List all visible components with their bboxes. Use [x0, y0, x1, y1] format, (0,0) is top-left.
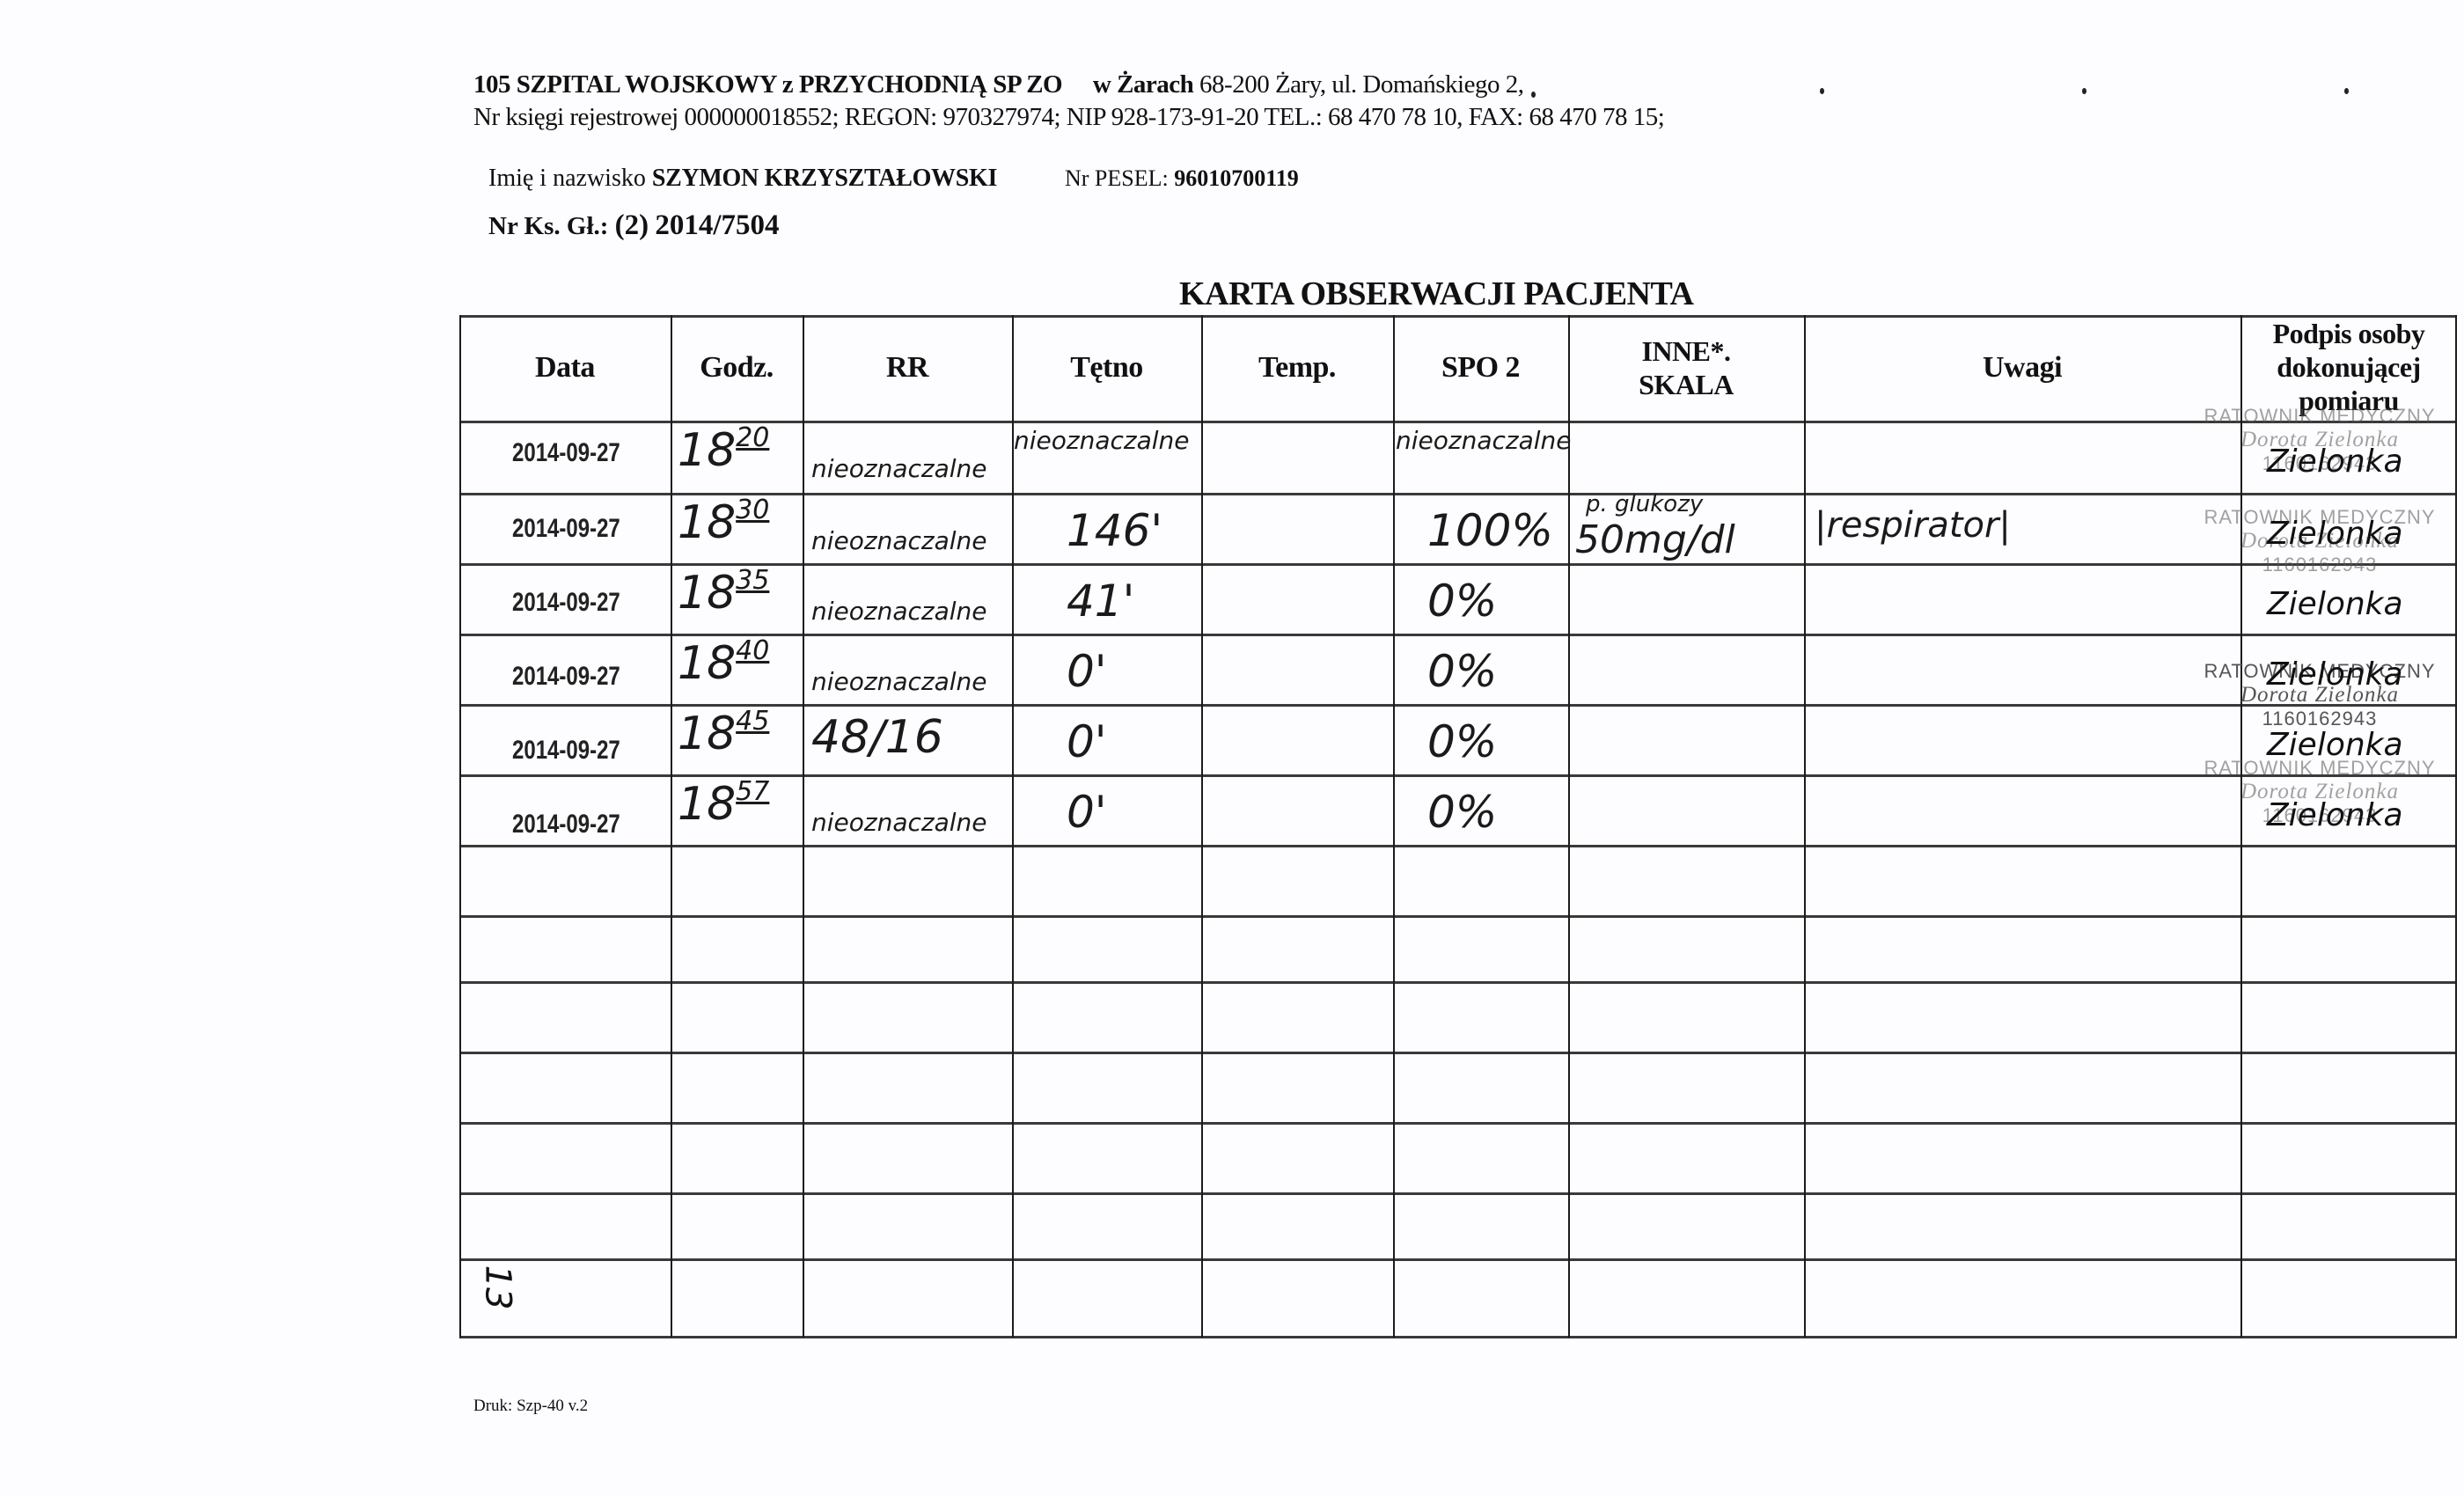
signature: Zielonka [2267, 797, 2403, 833]
signature: Zielonka [2267, 516, 2403, 552]
stamp-line: 1160162943 [2188, 554, 2452, 576]
scan-speck [1531, 92, 1536, 98]
signature: Zielonka [2267, 444, 2403, 480]
scan-speck [2082, 88, 2086, 94]
signature: Zielonka [2267, 656, 2403, 693]
signature: Zielonka [2267, 727, 2403, 763]
scan-speck [1820, 88, 1824, 94]
scan-speck [2344, 88, 2349, 94]
stamps-signatures: RATOWNIK MEDYCZNYDorota Zielonka11601629… [0, 0, 2464, 1496]
page-mark: 13 [477, 1265, 517, 1310]
signature: Zielonka [2267, 586, 2403, 622]
stamp-line: RATOWNIK MEDYCZNY [2204, 405, 2435, 427]
form-code: Druk: Szp-40 v.2 [473, 1397, 588, 1416]
